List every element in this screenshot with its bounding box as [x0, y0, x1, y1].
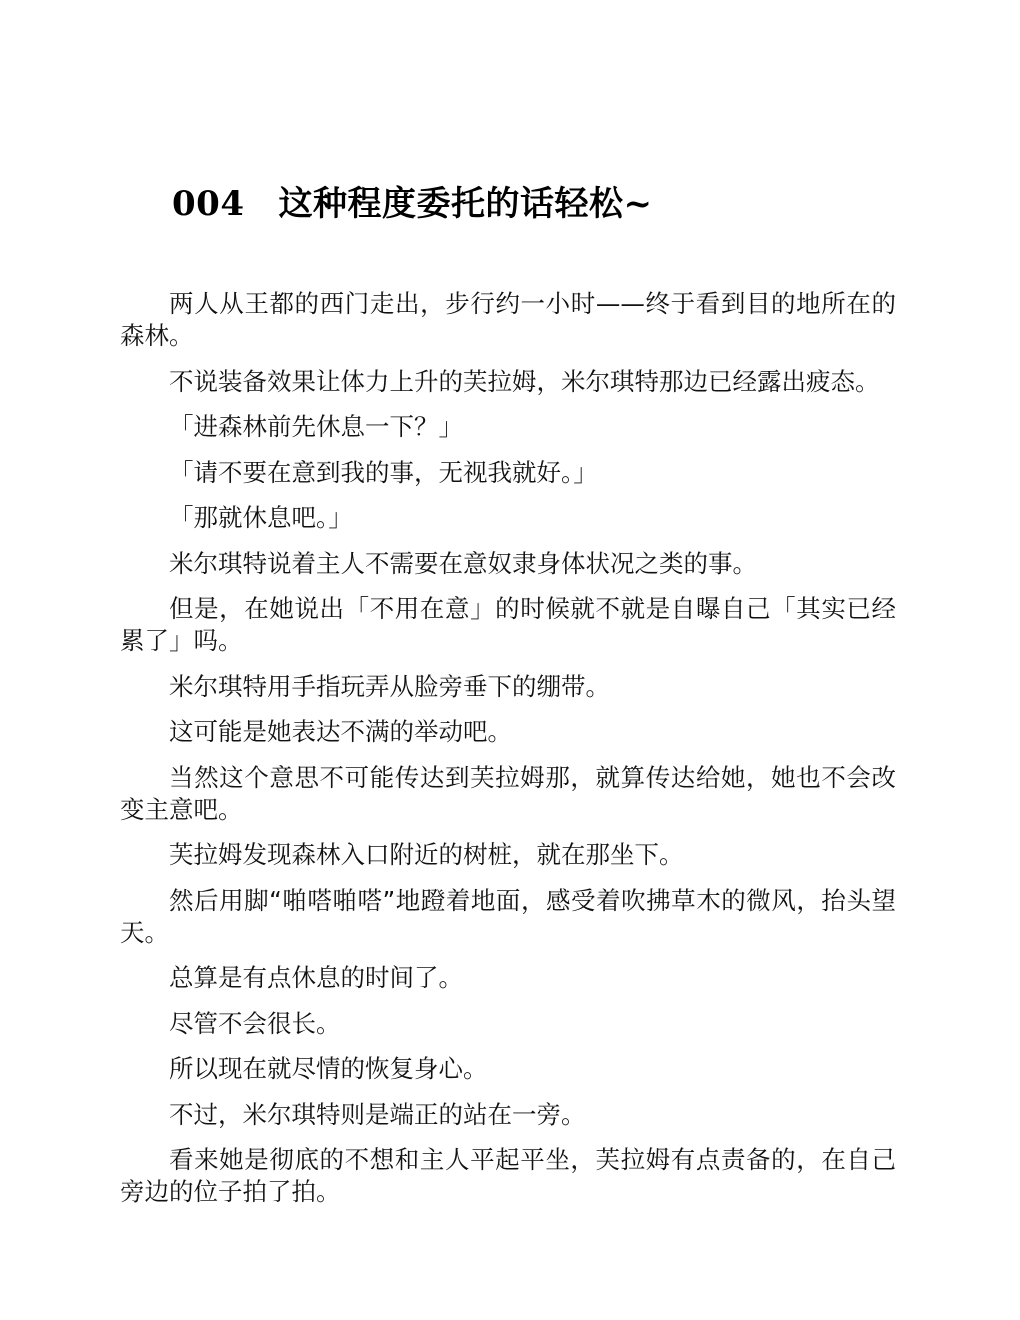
chapter-title: 这种程度委托的话轻松~: [278, 184, 652, 224]
chapter-number: 004: [172, 182, 244, 226]
paragraph: 尽管不会很长。: [120, 1008, 896, 1040]
paragraph: 然后用脚“啪嗒啪嗒”地蹬着地面，感受着吹拂草木的微风，抬头望天。: [120, 885, 896, 949]
paragraph: 当然这个意思不可能传达到芙拉姆那，就算传达给她，她也不会改变主意吧。: [120, 762, 896, 826]
paragraph: 米尔琪特说着主人不需要在意奴隶身体状况之类的事。: [120, 548, 896, 580]
paragraph: 看来她是彻底的不想和主人平起平坐，芙拉姆有点责备的，在自己旁边的位子拍了拍。: [120, 1144, 896, 1208]
dialogue-paragraph: 「那就休息吧。」: [120, 502, 896, 534]
paragraph: 总算是有点休息的时间了。: [120, 962, 896, 994]
paragraph: 不说装备效果让体力上升的芙拉姆，米尔琪特那边已经露出疲态。: [120, 366, 896, 398]
chapter-body: 两人从王都的西门走出，步行约一小时——终于看到目的地所在的森林。 不说装备效果让…: [120, 288, 896, 1222]
paragraph: 不过，米尔琪特则是端正的站在一旁。: [120, 1099, 896, 1131]
paragraph: 米尔琪特用手指玩弄从脸旁垂下的绷带。: [120, 671, 896, 703]
paragraph: 但是，在她说出「不用在意」的时候就不就是自曝自己「其实已经累了」吗。: [120, 593, 896, 657]
paragraph: 所以现在就尽情的恢复身心。: [120, 1053, 896, 1085]
dialogue-paragraph: 「请不要在意到我的事，无视我就好。」: [120, 457, 896, 489]
chapter-heading: 004这种程度委托的话轻松~: [172, 182, 652, 226]
paragraph: 两人从王都的西门走出，步行约一小时——终于看到目的地所在的森林。: [120, 288, 896, 352]
paragraph: 芙拉姆发现森林入口附近的树桩，就在那坐下。: [120, 839, 896, 871]
dialogue-paragraph: 「进森林前先休息一下？」: [120, 411, 896, 443]
paragraph: 这可能是她表达不满的举动吧。: [120, 716, 896, 748]
